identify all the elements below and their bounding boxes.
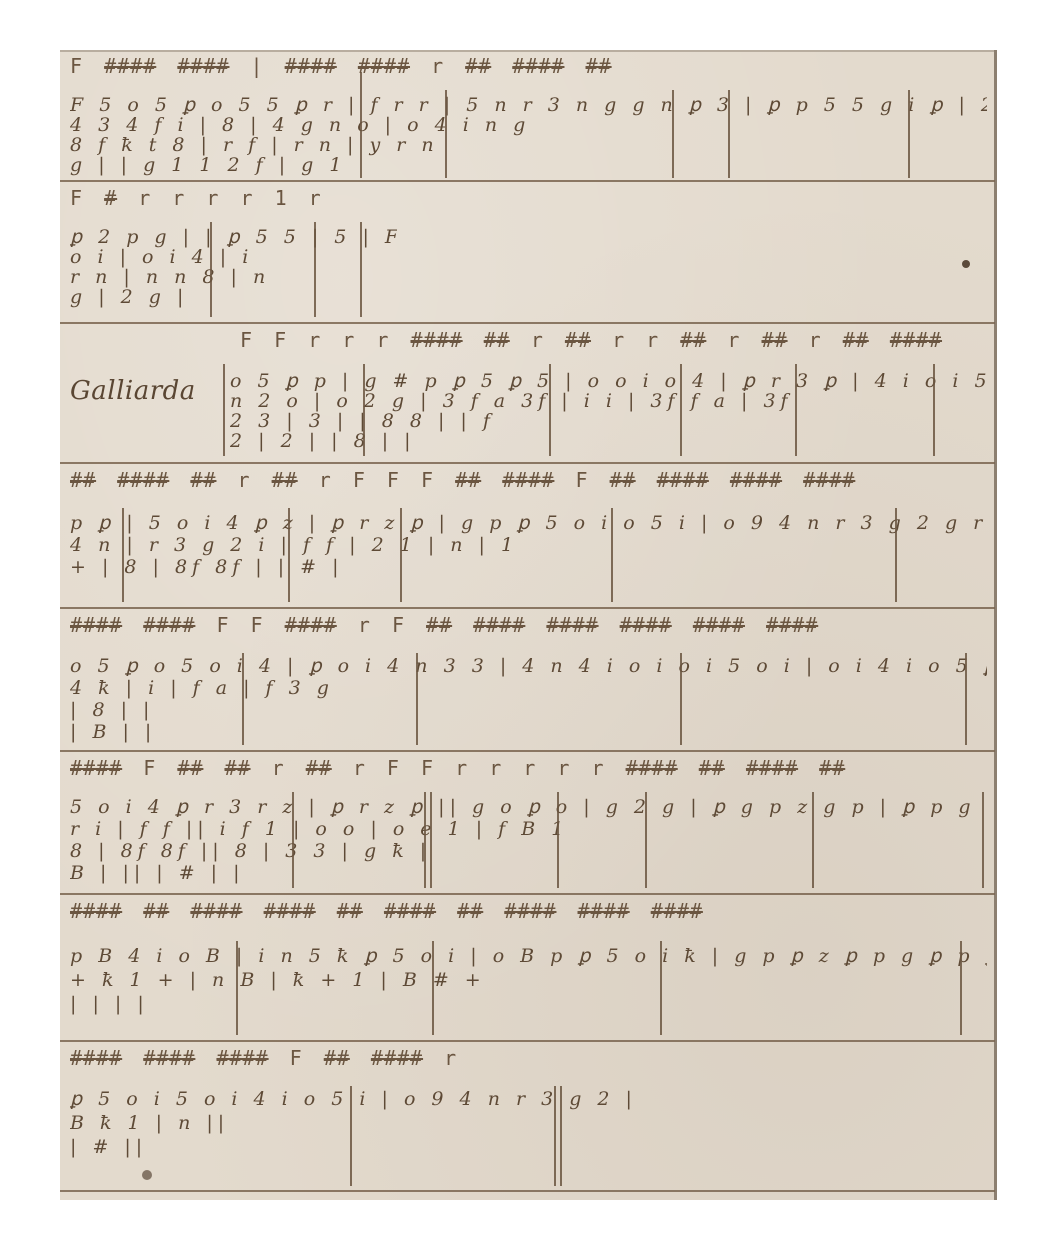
barline — [242, 653, 244, 745]
rhythm-flag: r — [309, 186, 322, 210]
barline — [549, 364, 551, 456]
barline — [292, 792, 294, 888]
rhythm-beam: #### — [890, 328, 942, 352]
tab-course-row: | B | | — [70, 721, 987, 743]
rhythm-beam: #### — [285, 54, 337, 78]
rhythm-beam: #### — [177, 54, 229, 78]
tab-course-row: B | || | # | | — [70, 862, 987, 884]
barline — [660, 941, 662, 1035]
barline — [672, 90, 674, 178]
rhythm-beam: #### — [546, 613, 598, 637]
tab-course-row: g | | g 1 1 2 f | g 1 — [70, 154, 987, 176]
rhythm-beam: #### — [626, 756, 678, 780]
rhythm-flags: #### F ## ## r ## r F F r r r r r #### #… — [70, 756, 987, 784]
barline — [560, 1086, 562, 1186]
manuscript-page: F #### #### | #### #### r ## #### ## F 5… — [60, 50, 997, 1200]
rhythm-beam: #### — [502, 468, 554, 492]
rhythm-flag: F — [70, 186, 83, 210]
rhythm-beam: #### — [190, 899, 242, 923]
rhythm-beam: ## — [70, 468, 96, 492]
barline — [895, 508, 897, 602]
rhythm-beam: ## — [680, 328, 706, 352]
rhythm-flag: F — [387, 756, 400, 780]
rhythm-flag: F — [143, 756, 156, 780]
rhythm-flag: F — [575, 468, 588, 492]
rhythm-beam: ## — [586, 54, 612, 78]
rhythm-flags: F #### #### | #### #### r ## #### ## — [70, 54, 987, 82]
tab-course-row: ꝑ 2 p g | | ꝑ 5 5 | 5 | Fe — [70, 226, 397, 248]
tab-course-row: 2 3 | 3 | | 8 8 | | f — [230, 410, 987, 432]
rhythm-flag: r — [612, 328, 625, 352]
rhythm-beam: #### — [803, 468, 855, 492]
barline — [360, 72, 362, 178]
rhythm-flag: r — [319, 468, 332, 492]
tab-course-row: p ꝑ | 5 o i 4 ꝑ z | ꝑ r z ꝑ | g p ꝑ 5 o … — [70, 512, 987, 534]
rhythm-beam: # — [104, 186, 117, 210]
barline — [223, 364, 225, 456]
rhythm-beam: ## — [272, 468, 298, 492]
tab-course-row: g | 2 g | — [70, 286, 397, 308]
barline — [795, 364, 797, 456]
rhythm-flag: F — [251, 613, 264, 637]
rhythm-beam: ## — [426, 613, 452, 637]
tab-course-row: + | 8 | 8f 8f | | # | — [70, 556, 987, 578]
rhythm-flag: F — [421, 468, 434, 492]
rhythm-flag: r — [727, 328, 740, 352]
rhythm-beam: ## — [465, 54, 491, 78]
rhythm-flags: ## #### ## r ## r F F F ## #### F ## ###… — [70, 468, 987, 496]
barline — [350, 1086, 352, 1186]
barline — [288, 508, 290, 602]
barline — [554, 1086, 556, 1186]
rhythm-beam: #### — [504, 899, 556, 923]
rhythm-beam: #### — [620, 613, 672, 637]
rhythm-beam: ## — [143, 899, 169, 923]
rhythm-flag: r — [272, 756, 285, 780]
tablature-system-1: F #### #### | #### #### r ## #### ## F 5… — [60, 50, 997, 180]
rhythm-beam: #### — [384, 899, 436, 923]
tablature-system-3: F F r r r #### ## r ## r r ## r ## r ## … — [60, 324, 997, 462]
rhythm-flag: F — [240, 328, 253, 352]
tab-course-row: | | | | — [70, 993, 987, 1015]
rhythm-flag: r — [531, 328, 544, 352]
rhythm-beam: ## — [224, 756, 250, 780]
tab-course-row: 2 | 2 | | 8 | | — [230, 430, 987, 452]
rhythm-flag: r — [489, 756, 502, 780]
rhythm-flag: F — [70, 54, 83, 78]
rhythm-beam: #### — [143, 1046, 195, 1070]
tab-course-row: o 5 ꝑ p | g # p ꝑ 5 ꝑ 5 | o o i o 4 | ꝑ … — [230, 370, 987, 392]
rhythm-beam: ## — [324, 1046, 350, 1070]
rhythm-flag: F — [421, 756, 434, 780]
barline — [728, 90, 730, 178]
barline — [432, 941, 434, 1035]
barline — [960, 941, 962, 1035]
tablature-system-8: #### #### #### F ## #### r ꝑ 5 o i 5 o i… — [60, 1042, 997, 1190]
tab-course-row: r n | n n 8 | n — [70, 266, 397, 288]
rhythm-beam: ## — [610, 468, 636, 492]
barline — [445, 90, 447, 178]
tablature-system-5: #### #### F F #### r F ## #### #### ####… — [60, 609, 997, 750]
rhythm-beam: #### — [285, 613, 337, 637]
rhythm-flags: F F r r r #### ## r ## r r ## r ## r ## … — [240, 328, 987, 356]
rhythm-beam: ## — [761, 328, 787, 352]
barline — [424, 792, 426, 888]
rhythm-flag: F — [392, 613, 405, 637]
tab-course-row: r i | f f || i f 1 | o o | o e 1 | f B 1 — [70, 818, 987, 840]
rhythm-flag: r — [138, 186, 151, 210]
rhythm-beam: #### — [410, 328, 462, 352]
barline — [122, 508, 124, 602]
barline — [908, 90, 910, 178]
barline — [236, 941, 238, 1035]
rhythm-beam: #### — [70, 1046, 122, 1070]
tablature-system-4: ## #### ## r ## r F F F ## #### F ## ###… — [60, 464, 997, 607]
rhythm-beam: #### — [766, 613, 818, 637]
tablature-system-7: #### ## #### #### ## #### ## #### #### #… — [60, 895, 997, 1040]
rhythm-flag: r — [358, 613, 371, 637]
rhythm-flags: #### #### #### F ## #### r — [70, 1046, 577, 1074]
barline — [611, 508, 613, 602]
rhythm-beam: #### — [117, 468, 169, 492]
rhythm-beam: #### — [104, 54, 156, 78]
rhythm-flag: r — [342, 328, 355, 352]
rhythm-beam: #### — [358, 54, 410, 78]
tablature-system-6: #### F ## ## r ## r F F r r r r r #### #… — [60, 752, 997, 893]
tab-course-row: B ꝁ 1 | n || — [70, 1112, 637, 1134]
rhythm-beam: ## — [843, 328, 869, 352]
rhythm-beam: #### — [651, 899, 703, 923]
tab-course-row: o i | o i 4 | i — [70, 246, 397, 268]
rhythm-flags: #### ## #### #### ## #### ## #### #### #… — [70, 899, 987, 927]
tab-course-row: n 2 o | o 2 g | 3 f a 3f | i i | 3f f a … — [230, 390, 987, 412]
rhythm-beam: #### — [70, 613, 122, 637]
barline — [982, 792, 984, 888]
rhythm-beam: ## — [484, 328, 510, 352]
tab-course-row: ꝑ 5 o i 5 o i 4 i o 5 i | o 9 4 n r 3 g … — [70, 1088, 637, 1110]
rhythm-flag: r — [557, 756, 570, 780]
rhythm-beam: #### — [216, 1046, 268, 1070]
barline — [430, 792, 432, 888]
tab-course-row: 8 f ꝁ t 8 | r f | r n | y r n — [70, 134, 987, 156]
system-rule — [60, 1190, 995, 1192]
barline — [557, 792, 559, 888]
rhythm-beam: #### — [473, 613, 525, 637]
tab-course-row: 4 3 4 f i | 8 | 4 g n o | o 4 i n g — [70, 114, 987, 136]
rhythm-flags: F # r r r r 1 r — [70, 186, 987, 214]
tab-course-row: + ꝁ 1 + | n B | ꝁ + 1 | B # + — [70, 969, 987, 991]
tab-course-row: | 8 | | — [70, 699, 987, 721]
rhythm-beam: #### — [657, 468, 709, 492]
tablature-system-2: F # r r r r 1 r ꝑ 2 p g | | ꝑ 5 5 | 5 | … — [60, 182, 997, 322]
tab-course-row: 4 ꝁ | i | f a | f 3 g — [70, 677, 987, 699]
barline — [314, 222, 316, 317]
rhythm-beam: #### — [746, 756, 798, 780]
barline — [933, 364, 935, 456]
rhythm-beam: ## — [190, 468, 216, 492]
rhythm-flag: r — [238, 468, 251, 492]
rhythm-beam: #### — [371, 1046, 423, 1070]
rhythm-beam: #### — [264, 899, 316, 923]
rhythm-flag: r — [646, 328, 659, 352]
barline — [400, 508, 402, 602]
rhythm-beam: ## — [819, 756, 845, 780]
rhythm-flag: r — [455, 756, 468, 780]
tab-course-row: 8 | 8f 8f || 8 | 3 3 | g ꝁ | — [70, 840, 987, 862]
rhythm-flag: 1 — [275, 186, 288, 210]
rhythm-beam: #### — [70, 899, 122, 923]
rhythm-flag: F — [290, 1046, 303, 1070]
ink-blot — [142, 1170, 152, 1180]
rhythm-flag: r — [240, 186, 253, 210]
tab-course-row: 4 n | r 3 g 2 i | f f | 2 1 | n | 1 — [70, 534, 987, 556]
rhythm-beam: ## — [177, 756, 203, 780]
rhythm-beam: #### — [578, 899, 630, 923]
rhythm-flag: F — [216, 613, 229, 637]
tab-course-row: p B 4 i o B | i n 5 ꝁ ꝑ 5 o i | o B p ꝑ … — [70, 945, 987, 967]
rhythm-flag: r — [523, 756, 536, 780]
rhythm-flags: #### #### F F #### r F ## #### #### ####… — [70, 613, 987, 641]
tab-course-row: o 5 ꝑ o 5 o i 4 | ꝑ o i 4 n 3 3 | 4 n 4 … — [70, 655, 987, 677]
barline — [416, 653, 418, 745]
rhythm-flag: r — [809, 328, 822, 352]
rhythm-flag: | — [251, 54, 264, 78]
rhythm-beam: #### — [693, 613, 745, 637]
barline — [812, 792, 814, 888]
barline — [680, 653, 682, 745]
piece-title: Galliarda — [70, 376, 196, 406]
rhythm-flag: r — [308, 328, 321, 352]
rhythm-beam: #### — [512, 54, 564, 78]
barline — [965, 653, 967, 745]
rhythm-flag: r — [376, 328, 389, 352]
rhythm-beam: ## — [457, 899, 483, 923]
rhythm-beam: ## — [306, 756, 332, 780]
barline — [363, 364, 365, 456]
tab-course-row: | # || — [70, 1136, 637, 1158]
barline — [680, 364, 682, 456]
rhythm-beam: ## — [455, 468, 481, 492]
rhythm-flag: r — [444, 1046, 457, 1070]
rhythm-beam: ## — [699, 756, 725, 780]
barline — [645, 792, 647, 888]
rhythm-flag: F — [274, 328, 287, 352]
rhythm-flag: r — [353, 756, 366, 780]
ink-blot — [962, 260, 970, 268]
rhythm-flag: r — [206, 186, 219, 210]
tab-course-row: 5 o i 4 ꝑ r 3 r z | ꝑ r z ꝑ || g o ꝑ o |… — [70, 796, 987, 818]
rhythm-flag: r — [431, 54, 444, 78]
rhythm-beam: #### — [143, 613, 195, 637]
rhythm-beam: ## — [565, 328, 591, 352]
rhythm-beam: #### — [730, 468, 782, 492]
rhythm-beam: ## — [337, 899, 363, 923]
rhythm-flag: r — [172, 186, 185, 210]
rhythm-flag: r — [591, 756, 604, 780]
barline — [360, 222, 362, 317]
rhythm-flag: F — [353, 468, 366, 492]
barline — [210, 222, 212, 317]
tab-course-row: F 5 o 5 ꝑ o 5 5 ꝑ r | f r r | 5 n r 3 n … — [70, 94, 987, 116]
rhythm-flag: F — [387, 468, 400, 492]
rhythm-beam: #### — [70, 756, 122, 780]
